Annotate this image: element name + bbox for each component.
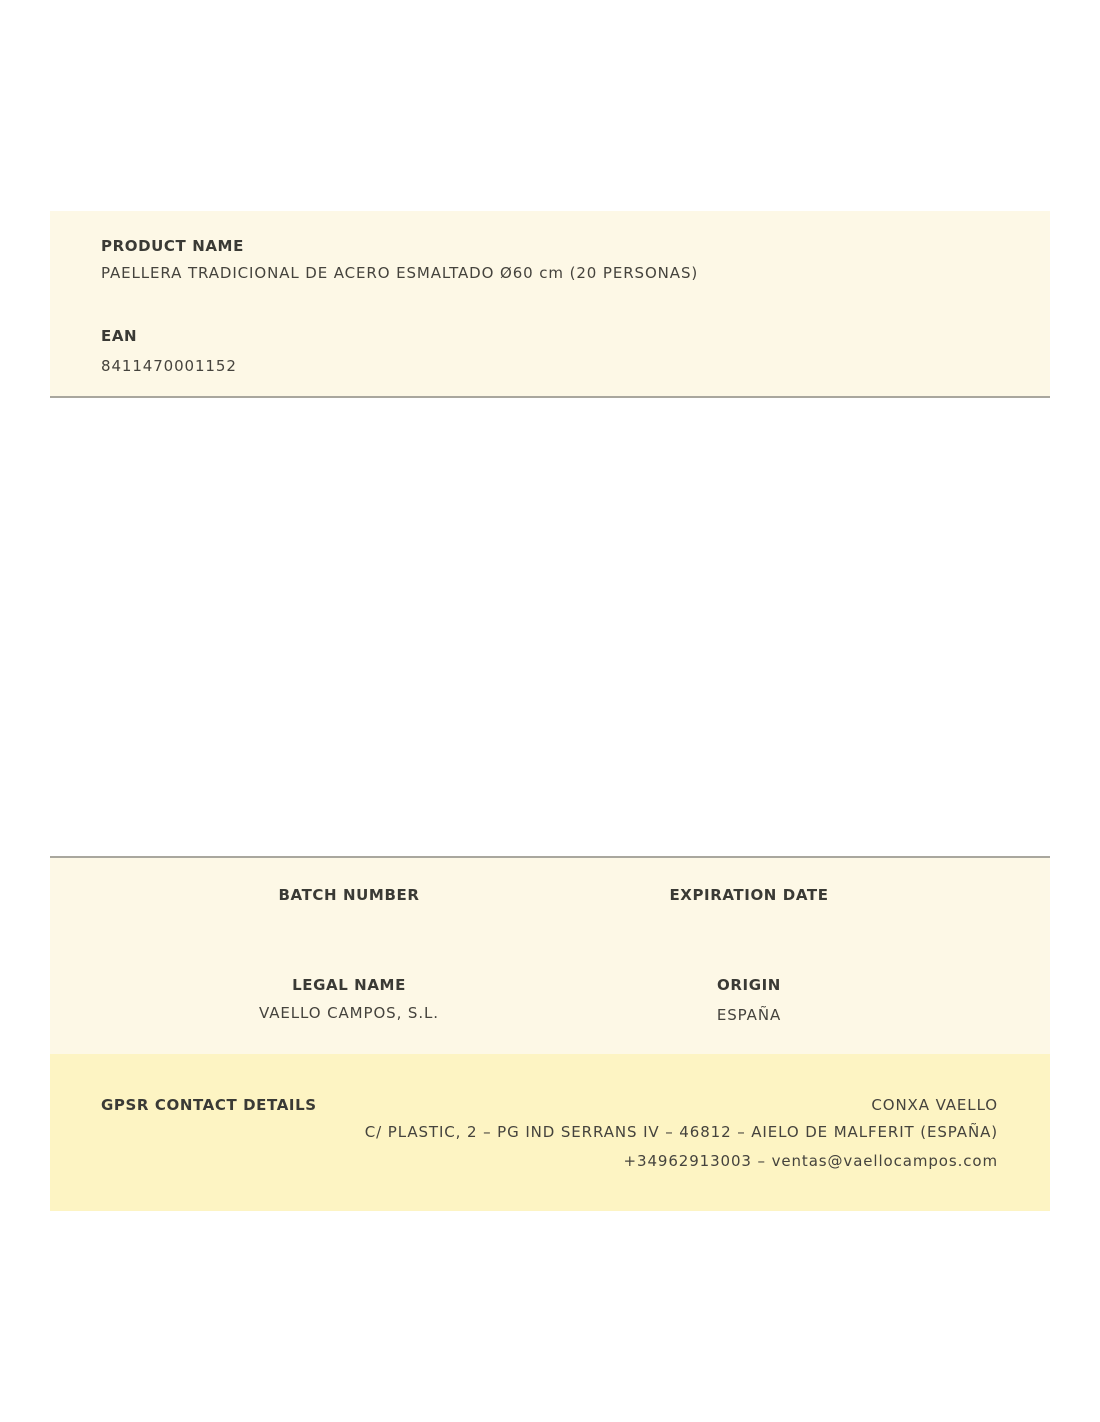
product-details-panel: BATCH NUMBER EXPIRATION DATE LEGAL NAME …: [50, 856, 1050, 1056]
gpsr-contact-name: CONXA VAELLO: [871, 1096, 998, 1114]
legal-name-value: VAELLO CAMPOS, S.L.: [259, 1004, 439, 1022]
gpsr-address: C/ PLASTIC, 2 – PG IND SERRANS IV – 4681…: [365, 1123, 998, 1141]
origin-value: ESPAÑA: [717, 1006, 781, 1024]
expiration-date-label: EXPIRATION DATE: [669, 886, 828, 904]
gpsr-contact-panel: GPSR CONTACT DETAILS CONXA VAELLO C/ PLA…: [50, 1054, 1050, 1211]
gpsr-phone-email: +34962913003 – ventas@vaellocampos.com: [624, 1152, 998, 1170]
ean-value: 8411470001152: [101, 357, 237, 375]
product-info-panel: PRODUCT NAME PAELLERA TRADICIONAL DE ACE…: [50, 211, 1050, 398]
product-name-value: PAELLERA TRADICIONAL DE ACERO ESMALTADO …: [101, 264, 698, 282]
product-name-label: PRODUCT NAME: [101, 237, 244, 255]
batch-number-label: BATCH NUMBER: [279, 886, 420, 904]
legal-name-label: LEGAL NAME: [292, 976, 406, 994]
gpsr-label: GPSR CONTACT DETAILS: [101, 1096, 317, 1114]
ean-label: EAN: [101, 327, 137, 345]
origin-label: ORIGIN: [717, 976, 781, 994]
